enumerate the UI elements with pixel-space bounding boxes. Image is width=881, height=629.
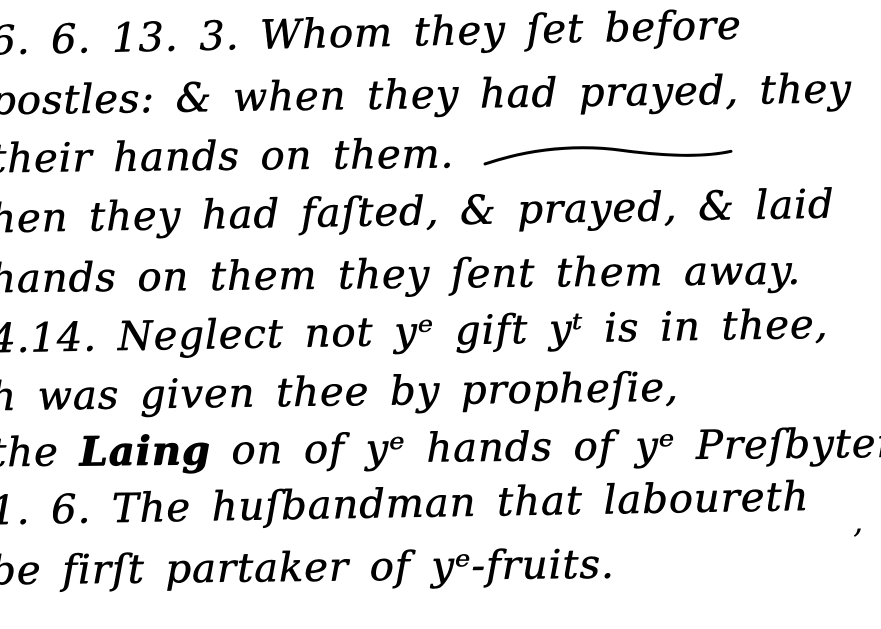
pen-flourish	[492, 125, 733, 186]
line-text: on of yᵉ hands of yᵉ Preſbytery.	[210, 420, 881, 474]
line-text: 1. 6. The huſbandman that laboureth	[0, 474, 809, 534]
manuscript-line: postles: & when they had prayed, they	[0, 58, 881, 130]
manuscript-page: 6. 6. 13. 3. Whom they ſet before postle…	[0, 0, 881, 629]
line-text: hands on them they ſent them away.	[0, 248, 801, 302]
line-text: be firſt partaker of yᵉ-fruits.	[0, 542, 615, 595]
line-text: 4.14. Neglect not yᵉ gift yᵗ is in thee,	[0, 302, 829, 363]
stray-ink-mark: ’	[852, 522, 863, 562]
line-text-heavy-ink: Laing	[79, 427, 211, 475]
line-text: the	[0, 429, 79, 476]
line-text: their hands on them.	[0, 131, 454, 182]
manuscript-line: 6. 6. 13. 3. Whom they ſet before	[0, 0, 881, 70]
line-text: h was given thee by propheſie,	[0, 365, 679, 421]
line-text: 6. 6. 13. 3. Whom they ſet before	[0, 2, 742, 64]
line-text: hen they had faſted, & prayed, & laid	[0, 181, 835, 242]
manuscript-line: be firſt partaker of yᵉ-fruits.	[0, 532, 881, 600]
line-text: postles: & when they had prayed, they	[0, 66, 852, 124]
